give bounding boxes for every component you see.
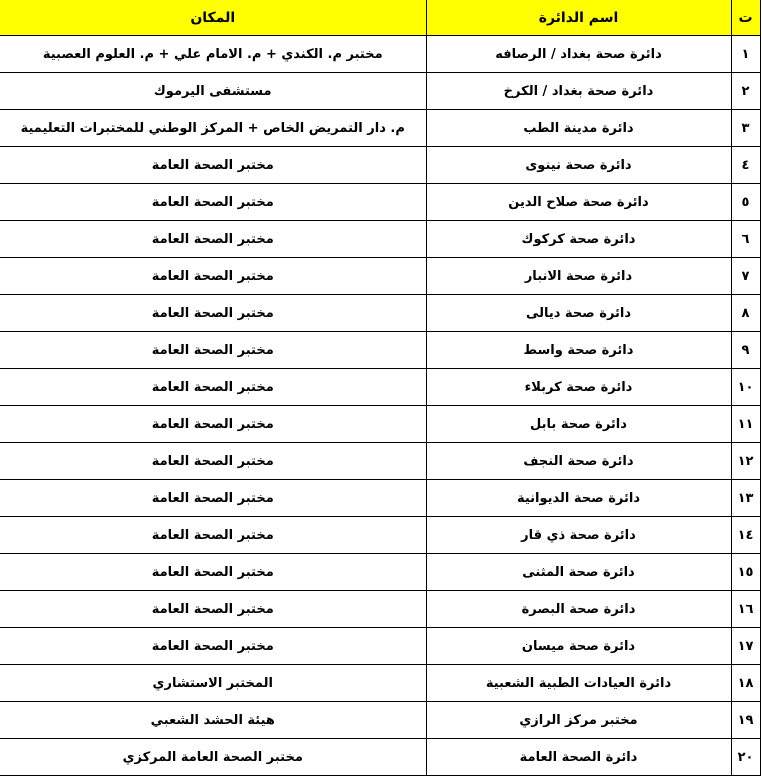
table-row: ١٢ دائرة صحة النجف مختبر الصحة العامة (0, 443, 760, 480)
row-number: ٩ (731, 332, 760, 369)
lab-place: مختبر الصحة العامة (0, 369, 426, 406)
department-name: دائرة مدينة الطب (426, 110, 731, 147)
header-row: ت اسم الدائرة المكان (0, 0, 760, 36)
lab-place: مختبر الصحة العامة (0, 517, 426, 554)
row-number: ١٥ (731, 554, 760, 591)
lab-place: مختبر الصحة العامة المركزي (0, 739, 426, 776)
table-row: ٩ دائرة صحة واسط مختبر الصحة العامة (0, 332, 760, 369)
header-num: ت (731, 0, 760, 36)
table-row: ١٠ دائرة صحة كربلاء مختبر الصحة العامة (0, 369, 760, 406)
row-number: ١٩ (731, 702, 760, 739)
lab-place: مختبر م. الكندي + م. الامام علي + م. الع… (0, 36, 426, 73)
department-name: دائرة صحة كربلاء (426, 369, 731, 406)
row-number: ١١ (731, 406, 760, 443)
lab-place: مختبر الصحة العامة (0, 147, 426, 184)
table-row: ٦ دائرة صحة كركوك مختبر الصحة العامة (0, 221, 760, 258)
header-department: اسم الدائرة (426, 0, 731, 36)
table-row: ٨ دائرة صحة ديالى مختبر الصحة العامة (0, 295, 760, 332)
department-name: دائرة صحة ذي قار (426, 517, 731, 554)
table-row: ١ دائرة صحة بغداد / الرصافه مختبر م. الك… (0, 36, 760, 73)
lab-place: م. دار التمريض الخاص + المركز الوطني للم… (0, 110, 426, 147)
lab-place: هيئة الحشد الشعبي (0, 702, 426, 739)
row-number: ٣ (731, 110, 760, 147)
department-name: دائرة صحة واسط (426, 332, 731, 369)
row-number: ١٢ (731, 443, 760, 480)
department-name: دائرة صحة المثنى (426, 554, 731, 591)
lab-place: مختبر الصحة العامة (0, 184, 426, 221)
lab-place: مختبر الصحة العامة (0, 480, 426, 517)
row-number: ٥ (731, 184, 760, 221)
row-number: ١٨ (731, 665, 760, 702)
row-number: ١٦ (731, 591, 760, 628)
row-number: ٨ (731, 295, 760, 332)
department-name: دائرة صحة بغداد / الكرخ (426, 73, 731, 110)
table-row: ٣ دائرة مدينة الطب م. دار التمريض الخاص … (0, 110, 760, 147)
row-number: ٢٠ (731, 739, 760, 776)
lab-place: مختبر الصحة العامة (0, 591, 426, 628)
department-name: دائرة صحة ميسان (426, 628, 731, 665)
department-name: دائرة صحة نينوى (426, 147, 731, 184)
lab-place: مستشفى اليرموك (0, 73, 426, 110)
table-row: ١٨ دائرة العيادات الطبية الشعبية المختبر… (0, 665, 760, 702)
department-name: مختبر مركز الرازي (426, 702, 731, 739)
table-row: ١٩ مختبر مركز الرازي هيئة الحشد الشعبي (0, 702, 760, 739)
lab-place: مختبر الصحة العامة (0, 443, 426, 480)
row-number: ٦ (731, 221, 760, 258)
table-row: ٤ دائرة صحة نينوى مختبر الصحة العامة (0, 147, 760, 184)
row-number: ١ (731, 36, 760, 73)
lab-place: مختبر الصحة العامة (0, 332, 426, 369)
row-number: ٧ (731, 258, 760, 295)
lab-place: المختبر الاستشاري (0, 665, 426, 702)
table-row: ٥ دائرة صحة صلاح الدين مختبر الصحة العام… (0, 184, 760, 221)
table-row: ٢ دائرة صحة بغداد / الكرخ مستشفى اليرموك (0, 73, 760, 110)
table-row: ٢٠ دائرة الصحة العامة مختبر الصحة العامة… (0, 739, 760, 776)
lab-place: مختبر الصحة العامة (0, 295, 426, 332)
department-name: دائرة صحة صلاح الدين (426, 184, 731, 221)
row-number: ١٧ (731, 628, 760, 665)
lab-place: مختبر الصحة العامة (0, 628, 426, 665)
row-number: ١٣ (731, 480, 760, 517)
lab-place: مختبر الصحة العامة (0, 258, 426, 295)
department-name: دائرة صحة كركوك (426, 221, 731, 258)
table-row: ١٥ دائرة صحة المثنى مختبر الصحة العامة (0, 554, 760, 591)
table-row: ١٣ دائرة صحة الديوانية مختبر الصحة العام… (0, 480, 760, 517)
table-row: ١٦ دائرة صحة البصرة مختبر الصحة العامة (0, 591, 760, 628)
table-header: ت اسم الدائرة المكان (0, 0, 760, 36)
table-row: ١٧ دائرة صحة ميسان مختبر الصحة العامة (0, 628, 760, 665)
department-name: دائرة صحة ديالى (426, 295, 731, 332)
lab-place: مختبر الصحة العامة (0, 554, 426, 591)
row-number: ١٤ (731, 517, 760, 554)
department-name: دائرة صحة الانبار (426, 258, 731, 295)
department-name: دائرة العيادات الطبية الشعبية (426, 665, 731, 702)
department-name: دائرة صحة بابل (426, 406, 731, 443)
department-name: دائرة الصحة العامة (426, 739, 731, 776)
department-name: دائرة صحة الديوانية (426, 480, 731, 517)
header-place: المكان (0, 0, 426, 36)
row-number: ٢ (731, 73, 760, 110)
lab-place: مختبر الصحة العامة (0, 406, 426, 443)
row-number: ١٠ (731, 369, 760, 406)
table-row: ١٤ دائرة صحة ذي قار مختبر الصحة العامة (0, 517, 760, 554)
labs-table: ت اسم الدائرة المكان ١ دائرة صحة بغداد /… (0, 0, 761, 776)
table-body: ١ دائرة صحة بغداد / الرصافه مختبر م. الك… (0, 36, 760, 776)
department-name: دائرة صحة البصرة (426, 591, 731, 628)
department-name: دائرة صحة النجف (426, 443, 731, 480)
row-number: ٤ (731, 147, 760, 184)
department-name: دائرة صحة بغداد / الرصافه (426, 36, 731, 73)
table-row: ٧ دائرة صحة الانبار مختبر الصحة العامة (0, 258, 760, 295)
lab-place: مختبر الصحة العامة (0, 221, 426, 258)
table-row: ١١ دائرة صحة بابل مختبر الصحة العامة (0, 406, 760, 443)
